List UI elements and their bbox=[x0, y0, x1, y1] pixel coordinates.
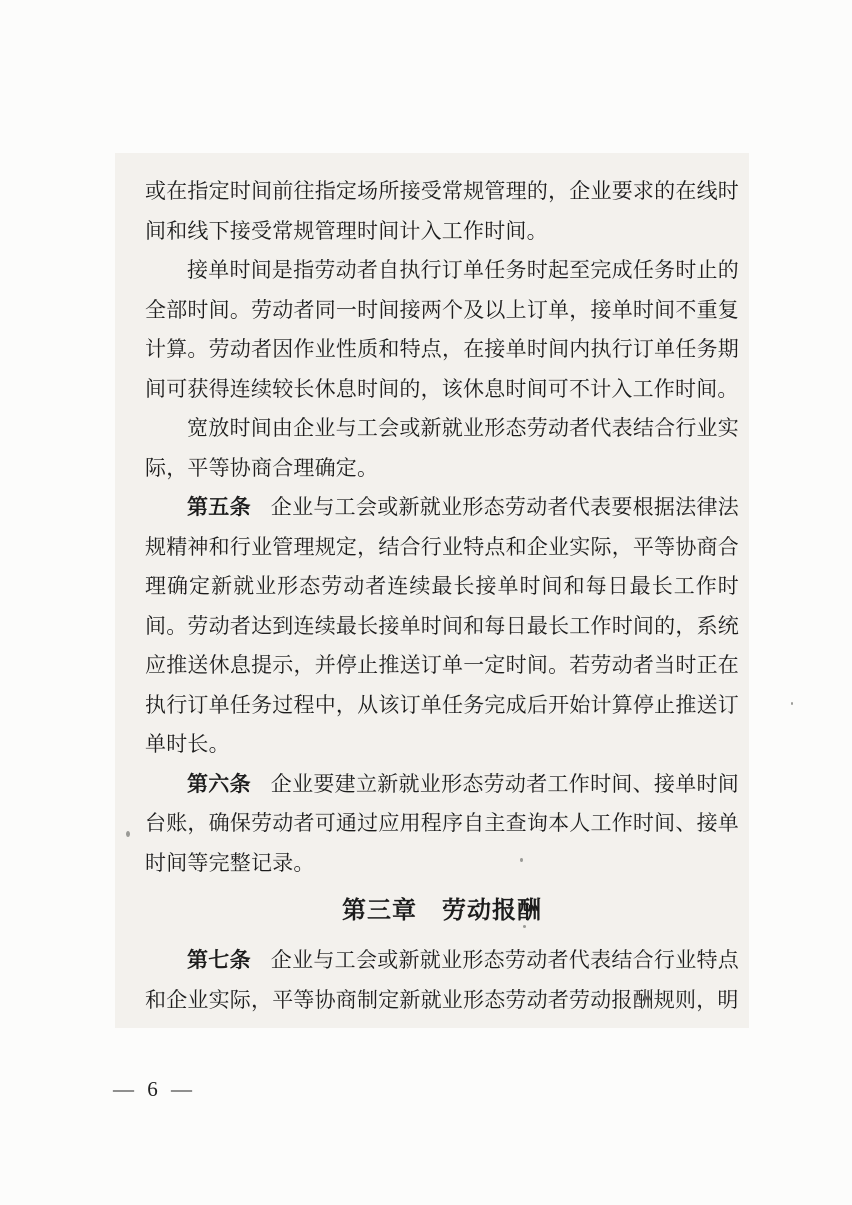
paragraph-allowance-time: 宽放时间由企业与工会或新就业形态劳动者代表结合行业实际，平等协商合理确定。 bbox=[145, 409, 739, 488]
paragraph-article-5: 第五条企业与工会或新就业形态劳动者代表要根据法律法规精神和行业管理规定，结合行业… bbox=[145, 488, 739, 765]
page-number: — 6 — bbox=[113, 1077, 196, 1102]
scan-noise-speck bbox=[791, 702, 793, 705]
chapter-3-heading: 第三章 劳动报酬 bbox=[145, 893, 739, 929]
article-6-label: 第六条 bbox=[187, 772, 251, 796]
scan-noise-speck bbox=[126, 831, 130, 837]
paragraph-text: 宽放时间由企业与工会或新就业形态劳动者代表结合行业实际，平等协商合理确定。 bbox=[145, 416, 739, 480]
paragraph-article-6: 第六条企业要建立新就业形态劳动者工作时间、接单时间台账，确保劳动者可通过应用程序… bbox=[145, 765, 739, 884]
paragraph-order-time-definition: 接单时间是指劳动者自执行订单任务时起至完成任务时止的全部时间。劳动者同一时间接两… bbox=[145, 251, 739, 409]
paragraph-continuation: 或在指定时间前往指定场所接受常规管理的，企业要求的在线时间和线下接受常规管理时间… bbox=[145, 172, 739, 251]
scan-noise-speck bbox=[520, 858, 523, 862]
paragraph-text: 接单时间是指劳动者自执行订单任务时起至完成任务时止的全部时间。劳动者同一时间接两… bbox=[145, 258, 739, 401]
paragraph-article-7: 第七条企业与工会或新就业形态劳动者代表结合行业特点和企业实际，平等协商制定新就业… bbox=[145, 941, 739, 1020]
paragraph-text: 或在指定时间前往指定场所接受常规管理的，企业要求的在线时间和线下接受常规管理时间… bbox=[145, 179, 739, 243]
article-7-label: 第七条 bbox=[187, 948, 251, 972]
article-5-label: 第五条 bbox=[187, 495, 251, 519]
paragraph-text: 企业与工会或新就业形态劳动者代表要根据法律法规精神和行业管理规定，结合行业特点和… bbox=[145, 495, 739, 756]
document-text-area: 或在指定时间前往指定场所接受常规管理的，企业要求的在线时间和线下接受常规管理时间… bbox=[145, 172, 739, 1020]
scan-noise-speck bbox=[523, 925, 526, 928]
